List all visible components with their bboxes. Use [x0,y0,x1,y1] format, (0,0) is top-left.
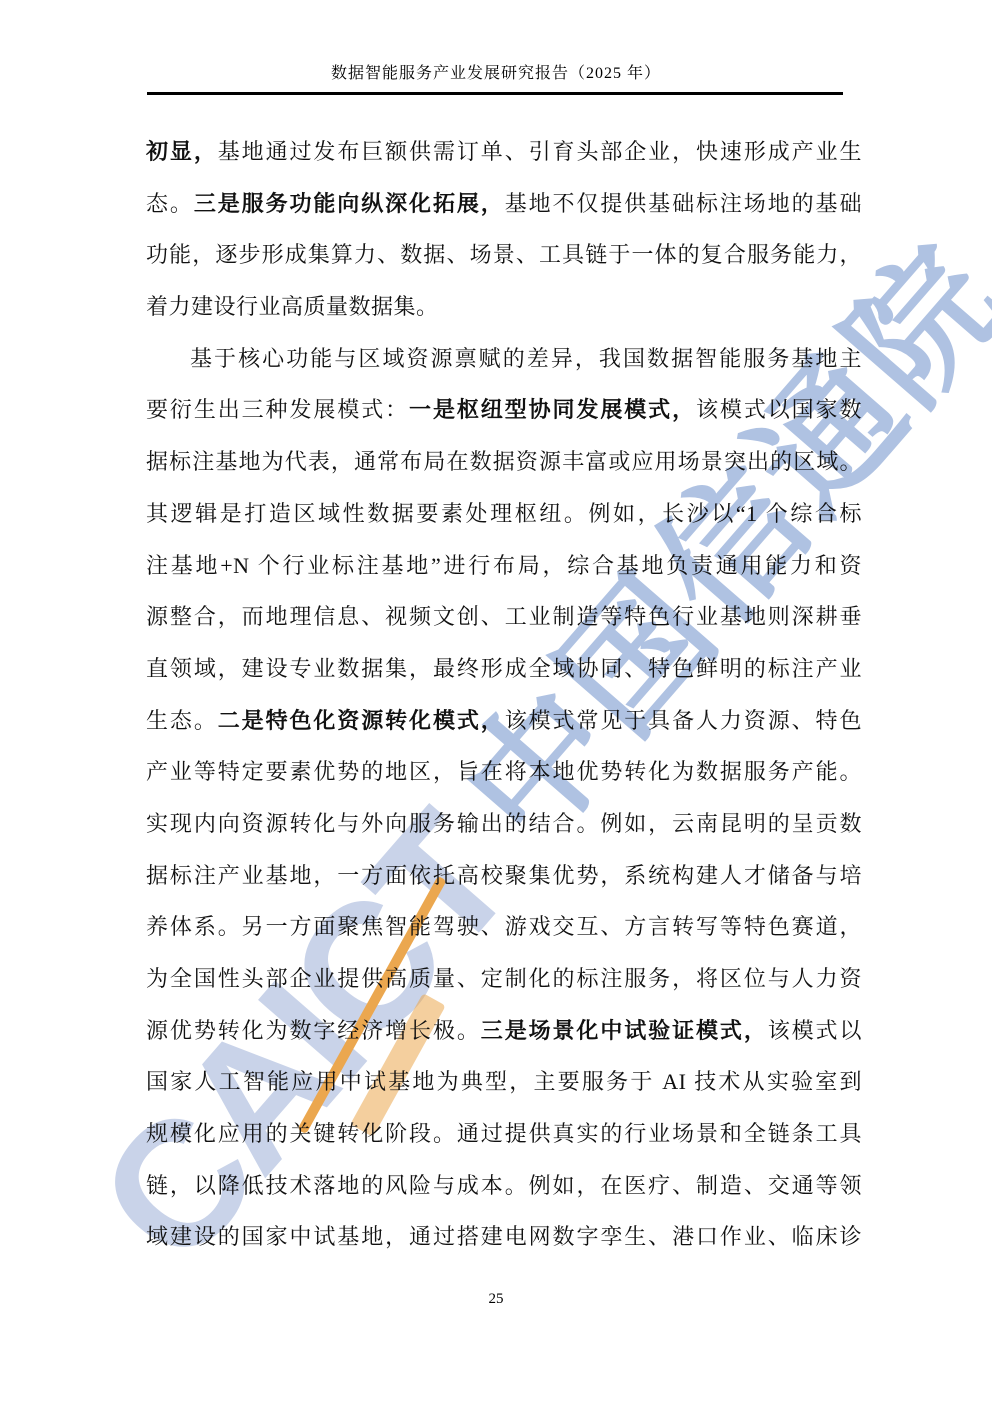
body-segment: 据标注产业基地，一方面依托高校聚集优势，系统构建人才储备与培 [146,863,862,888]
body-segment: 国家人工智能应用中试基地为典型，主要服务于 AI 技术从实验室到 [146,1069,862,1094]
body-line: 源优势转化为数字经济增长极。三是场景化中试验证模式，该模式以 [146,1005,862,1057]
body-line: 要衍生出三种发展模式：一是枢纽型协同发展模式，该模式以国家数 [146,384,862,436]
body-segment: 该模式常见于具备人力资源、特色 [505,708,862,733]
body-segment: 实现内向资源转化与外向服务输出的结合。例如，云南昆明的呈贡数 [146,811,862,836]
body-line: 生态。二是特色化资源转化模式，该模式常见于具备人力资源、特色 [146,695,862,747]
body-line: 实现内向资源转化与外向服务输出的结合。例如，云南昆明的呈贡数 [146,798,862,850]
page-header-title: 数据智能服务产业发展研究报告（2025 年） [0,63,992,85]
body-line: 域建设的国家中试基地，通过搭建电网数字孪生、港口作业、临床诊 [146,1211,862,1263]
page-number: 25 [0,1291,992,1308]
body-segment: 域建设的国家中试基地，通过搭建电网数字孪生、港口作业、临床诊 [146,1224,862,1249]
body-segment-bold: 三是服务功能向纵深化拓展， [194,191,505,216]
body-segment: 养体系。另一方面聚焦智能驾驶、游戏交互、方言转写等特色赛道， [146,914,862,939]
body-segment: 为全国性头部企业提供高质量、定制化的标注服务，将区位与人力资 [146,966,862,991]
body-segment: 据标注基地为代表，通常布局在数据资源丰富或应用场景突出的区域。 [146,449,862,474]
document-page: CAICT 中国信通院 数据智能服务产业发展研究报告（2025 年） 初显，基地… [0,0,992,1403]
body-segment: 态。 [146,191,194,216]
body-line: 规模化应用的关键转化阶段。通过提供真实的行业场景和全链条工具 [146,1108,862,1160]
body-line: 初显，基地通过发布巨额供需订单、引育头部企业，快速形成产业生 [146,126,862,178]
body-text: 初显，基地通过发布巨额供需订单、引育头部企业，快速形成产业生态。三是服务功能向纵… [146,126,862,1263]
body-line: 产业等特定要素优势的地区，旨在将本地优势转化为数据服务产能。 [146,746,862,798]
body-line: 据标注基地为代表，通常布局在数据资源丰富或应用场景突出的区域。 [146,436,862,488]
body-segment: 该模式以国家数 [696,397,862,422]
body-line: 养体系。另一方面聚焦智能驾驶、游戏交互、方言转写等特色赛道， [146,901,862,953]
body-line: 据标注产业基地，一方面依托高校聚集优势，系统构建人才储备与培 [146,850,862,902]
body-segment: 功能，逐步形成集算力、数据、场景、工具链于一体的复合服务能力， [146,242,862,267]
body-segment: 着力建设行业高质量数据集。 [146,294,439,319]
body-segment: 基于核心功能与区域资源禀赋的差异，我国数据智能服务基地主 [190,346,862,371]
body-line: 源整合，而地理信息、视频文创、工业制造等特色行业基地则深耕垂 [146,591,862,643]
body-segment-bold: 一是枢纽型协同发展模式， [409,397,696,422]
body-segment: 基地通过发布巨额供需订单、引育头部企业，快速形成产业生 [218,139,862,164]
body-line: 链，以降低技术落地的风险与成本。例如，在医疗、制造、交通等领 [146,1160,862,1212]
body-line: 态。三是服务功能向纵深化拓展，基地不仅提供基础标注场地的基础 [146,178,862,230]
body-segment: 链，以降低技术落地的风险与成本。例如，在医疗、制造、交通等领 [146,1173,862,1198]
body-line: 其逻辑是打造区域性数据要素处理枢纽。例如，长沙以“1 个综合标 [146,488,862,540]
body-segment: 生态。 [146,708,218,733]
body-line: 直领域，建设专业数据集，最终形成全域协同、特色鲜明的标注产业 [146,643,862,695]
body-segment-bold: 二是特色化资源转化模式， [218,708,505,733]
body-line: 基于核心功能与区域资源禀赋的差异，我国数据智能服务基地主 [146,333,862,385]
body-segment: 源整合，而地理信息、视频文创、工业制造等特色行业基地则深耕垂 [146,604,862,629]
body-segment: 该模式以 [768,1018,862,1043]
body-segment: 规模化应用的关键转化阶段。通过提供真实的行业场景和全链条工具 [146,1121,862,1146]
body-segment: 直领域，建设专业数据集，最终形成全域协同、特色鲜明的标注产业 [146,656,862,681]
body-segment: 其逻辑是打造区域性数据要素处理枢纽。例如，长沙以“1 个综合标 [146,501,862,526]
body-segment: 要衍生出三种发展模式： [146,397,409,422]
body-line: 为全国性头部企业提供高质量、定制化的标注服务，将区位与人力资 [146,953,862,1005]
body-segment: 基地不仅提供基础标注场地的基础 [505,191,862,216]
body-segment: 产业等特定要素优势的地区，旨在将本地优势转化为数据服务产能。 [146,759,862,784]
body-segment-bold: 三是场景化中试验证模式， [481,1018,768,1043]
body-segment: 源优势转化为数字经济增长极。 [146,1018,481,1043]
body-line: 注基地+N 个行业标注基地”进行布局，综合基地负责通用能力和资 [146,540,862,592]
body-line: 功能，逐步形成集算力、数据、场景、工具链于一体的复合服务能力， [146,229,862,281]
body-segment-bold: 初显， [146,139,218,164]
body-line: 国家人工智能应用中试基地为典型，主要服务于 AI 技术从实验室到 [146,1056,862,1108]
header-rule [147,92,843,95]
body-segment: 注基地+N 个行业标注基地”进行布局，综合基地负责通用能力和资 [146,553,862,578]
body-line: 着力建设行业高质量数据集。 [146,281,862,333]
